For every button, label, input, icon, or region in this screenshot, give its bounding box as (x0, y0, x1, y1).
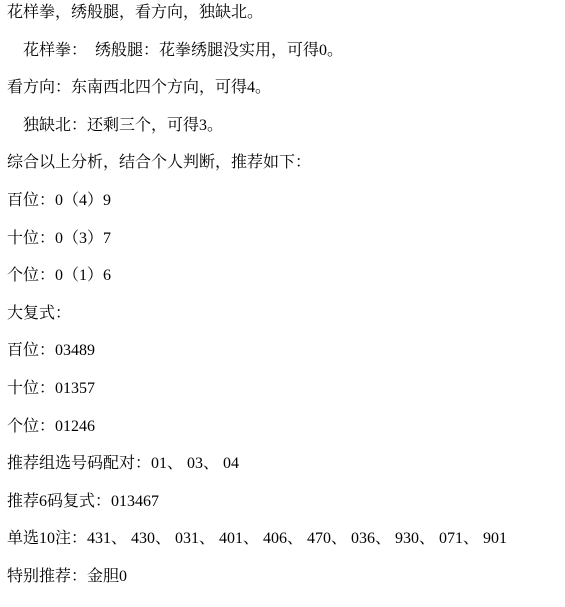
line-units-fushi: 个位：01246 (7, 408, 559, 446)
line-kanfangxiang-explain: 看方向：东南西北四个方向，可得4。 (7, 69, 559, 107)
line-10-single-picks: 单选10注：431、 430、 031、 401、 406、 470、 036、… (7, 520, 559, 558)
line-summary-intro: 综合以上分析，结合个人判断，推荐如下： (7, 144, 559, 182)
line-group-pairs: 推荐组选号码配对：01、 03、 04 (7, 445, 559, 483)
line-slogan: 花样拳，绣般腿，看方向，独缺北。 (7, 0, 559, 32)
line-dafushi-header: 大复式： (7, 295, 559, 333)
line-tens-fushi: 十位：01357 (7, 370, 559, 408)
line-tens-pick: 十位：0（3）7 (7, 220, 559, 258)
document-page: 花样拳，绣般腿，看方向，独缺北。 花样拳： 绣般腿：花拳绣腿没实用，可得0。 看… (0, 0, 565, 596)
line-hundreds-fushi: 百位：03489 (7, 332, 559, 370)
line-special-golden-dan: 特别推荐：金胆0 (7, 558, 559, 596)
line-hundreds-pick: 百位：0（4）9 (7, 182, 559, 220)
line-duquebei-explain: 独缺北：还剩三个，可得3。 (7, 107, 559, 145)
line-units-pick: 个位：0（1）6 (7, 257, 559, 295)
line-6code-fushi: 推荐6码复式：013467 (7, 483, 559, 521)
line-huayangquan-explain: 花样拳： 绣般腿：花拳绣腿没实用，可得0。 (7, 32, 559, 70)
